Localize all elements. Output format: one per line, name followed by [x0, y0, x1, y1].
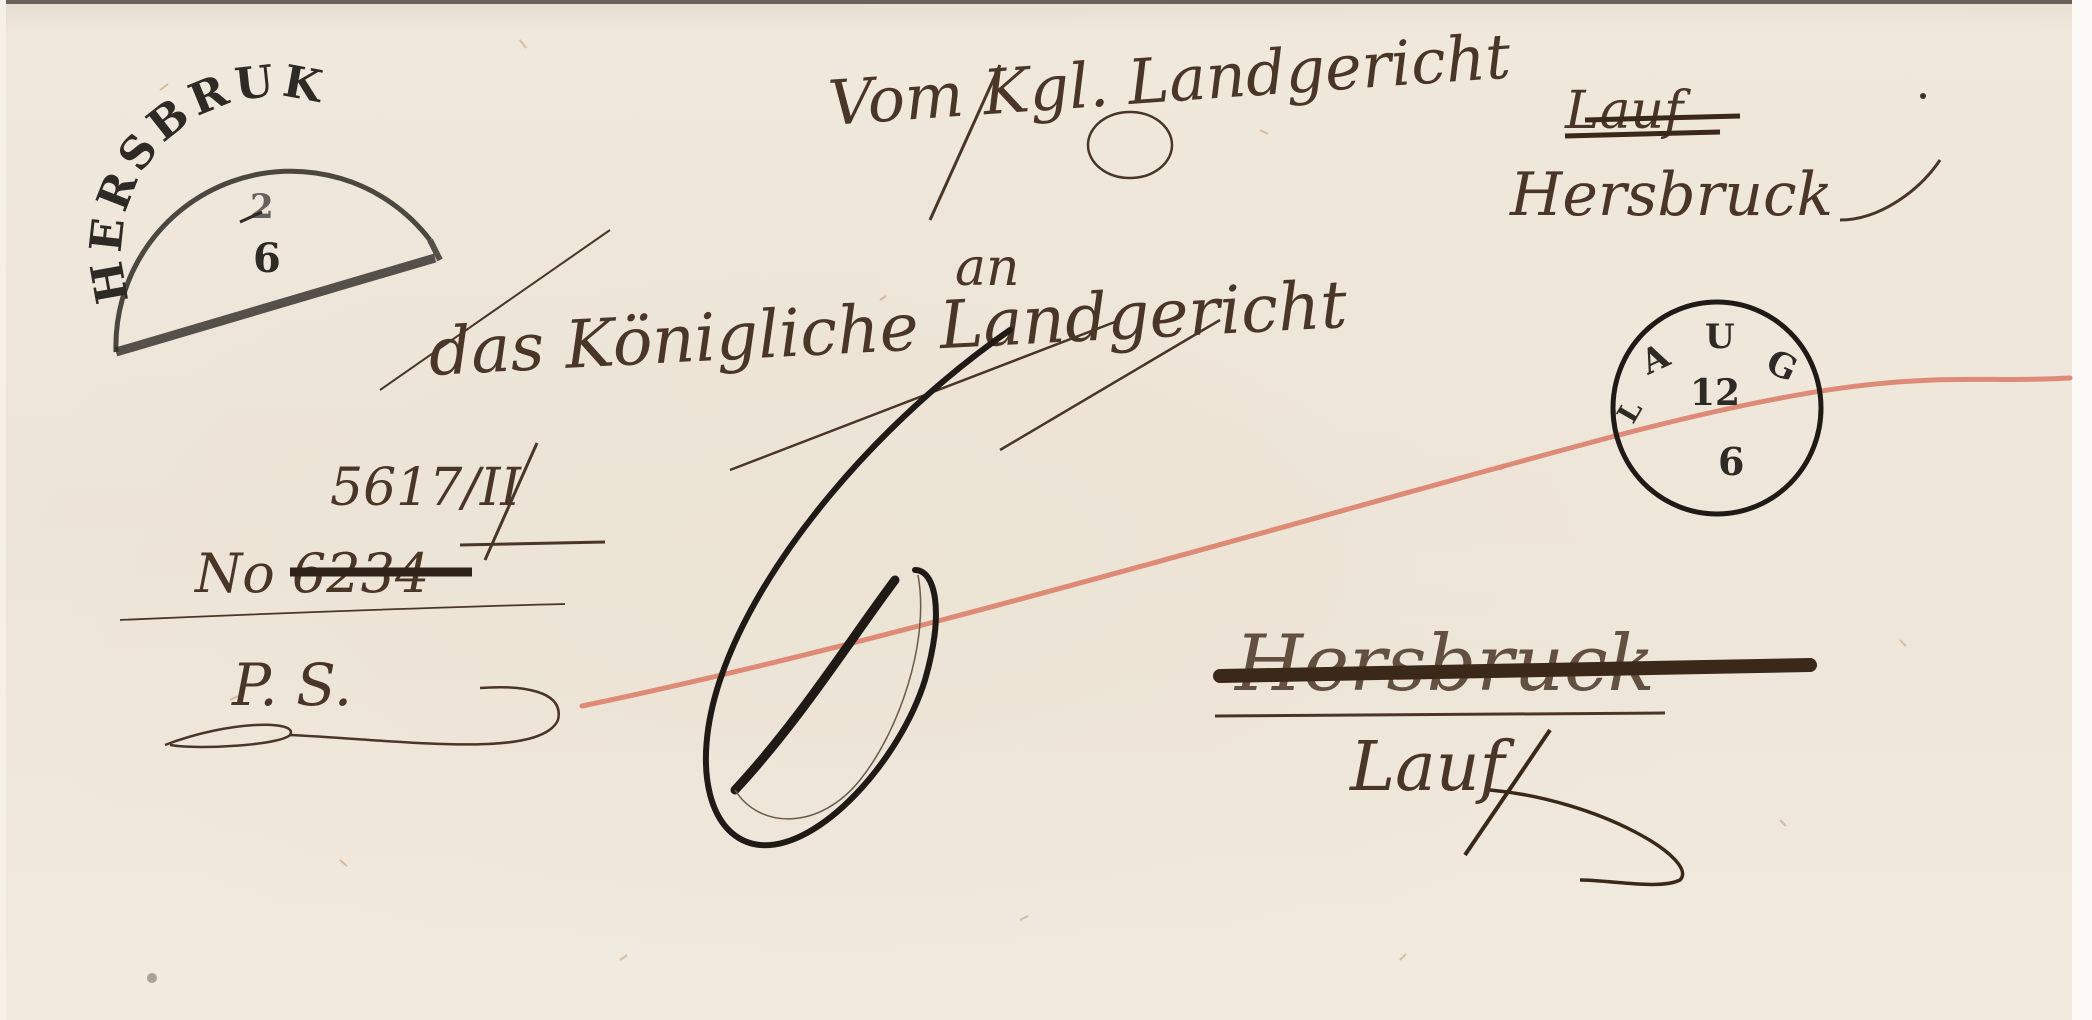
postage-rate: 6 [706, 330, 1010, 845]
sender-block: Vom Kgl. Landgericht Lauf Hersbruck [826, 19, 1940, 230]
postmark-lauf: A U G L 12 6 [1610, 302, 1821, 514]
registry-number: 5617/II [330, 458, 522, 518]
address-recipient: das Königliche Landgericht [427, 266, 1349, 391]
svg-text:A: A [1634, 335, 1676, 383]
postmark-day: 2 [250, 187, 274, 227]
rate-value: 6 [900, 609, 901, 611]
registry-initials: P. S. [231, 651, 352, 719]
postmark-town: HERSBRUK [80, 55, 331, 307]
postmark-month: 6 [253, 235, 281, 282]
sender-line-2: Hersbruck [1509, 160, 1833, 230]
postmark-letters: U [1705, 317, 1735, 357]
postmark-month: 6 [1718, 439, 1744, 484]
postmark-day: 12 [1690, 372, 1740, 414]
svg-text:G: G [1760, 342, 1803, 391]
ink-spot [147, 973, 157, 983]
underline [1215, 713, 1665, 716]
address-destination: Lauf [1348, 728, 1515, 807]
postmark-hersbruk: HERSBRUK 2 6 [80, 55, 440, 352]
address-block: an das Königliche Landgericht Hersbruck … [380, 230, 1810, 884]
sender-line-1: Vom Kgl. Landgericht [826, 19, 1513, 139]
ink-dot [1920, 93, 1926, 99]
cover-markings: HERSBRUK 2 6 A U G L 12 6 Vom Kgl. Landg… [0, 0, 2092, 1020]
registry-block: 5617/II No 6234 P. S. [120, 443, 605, 747]
